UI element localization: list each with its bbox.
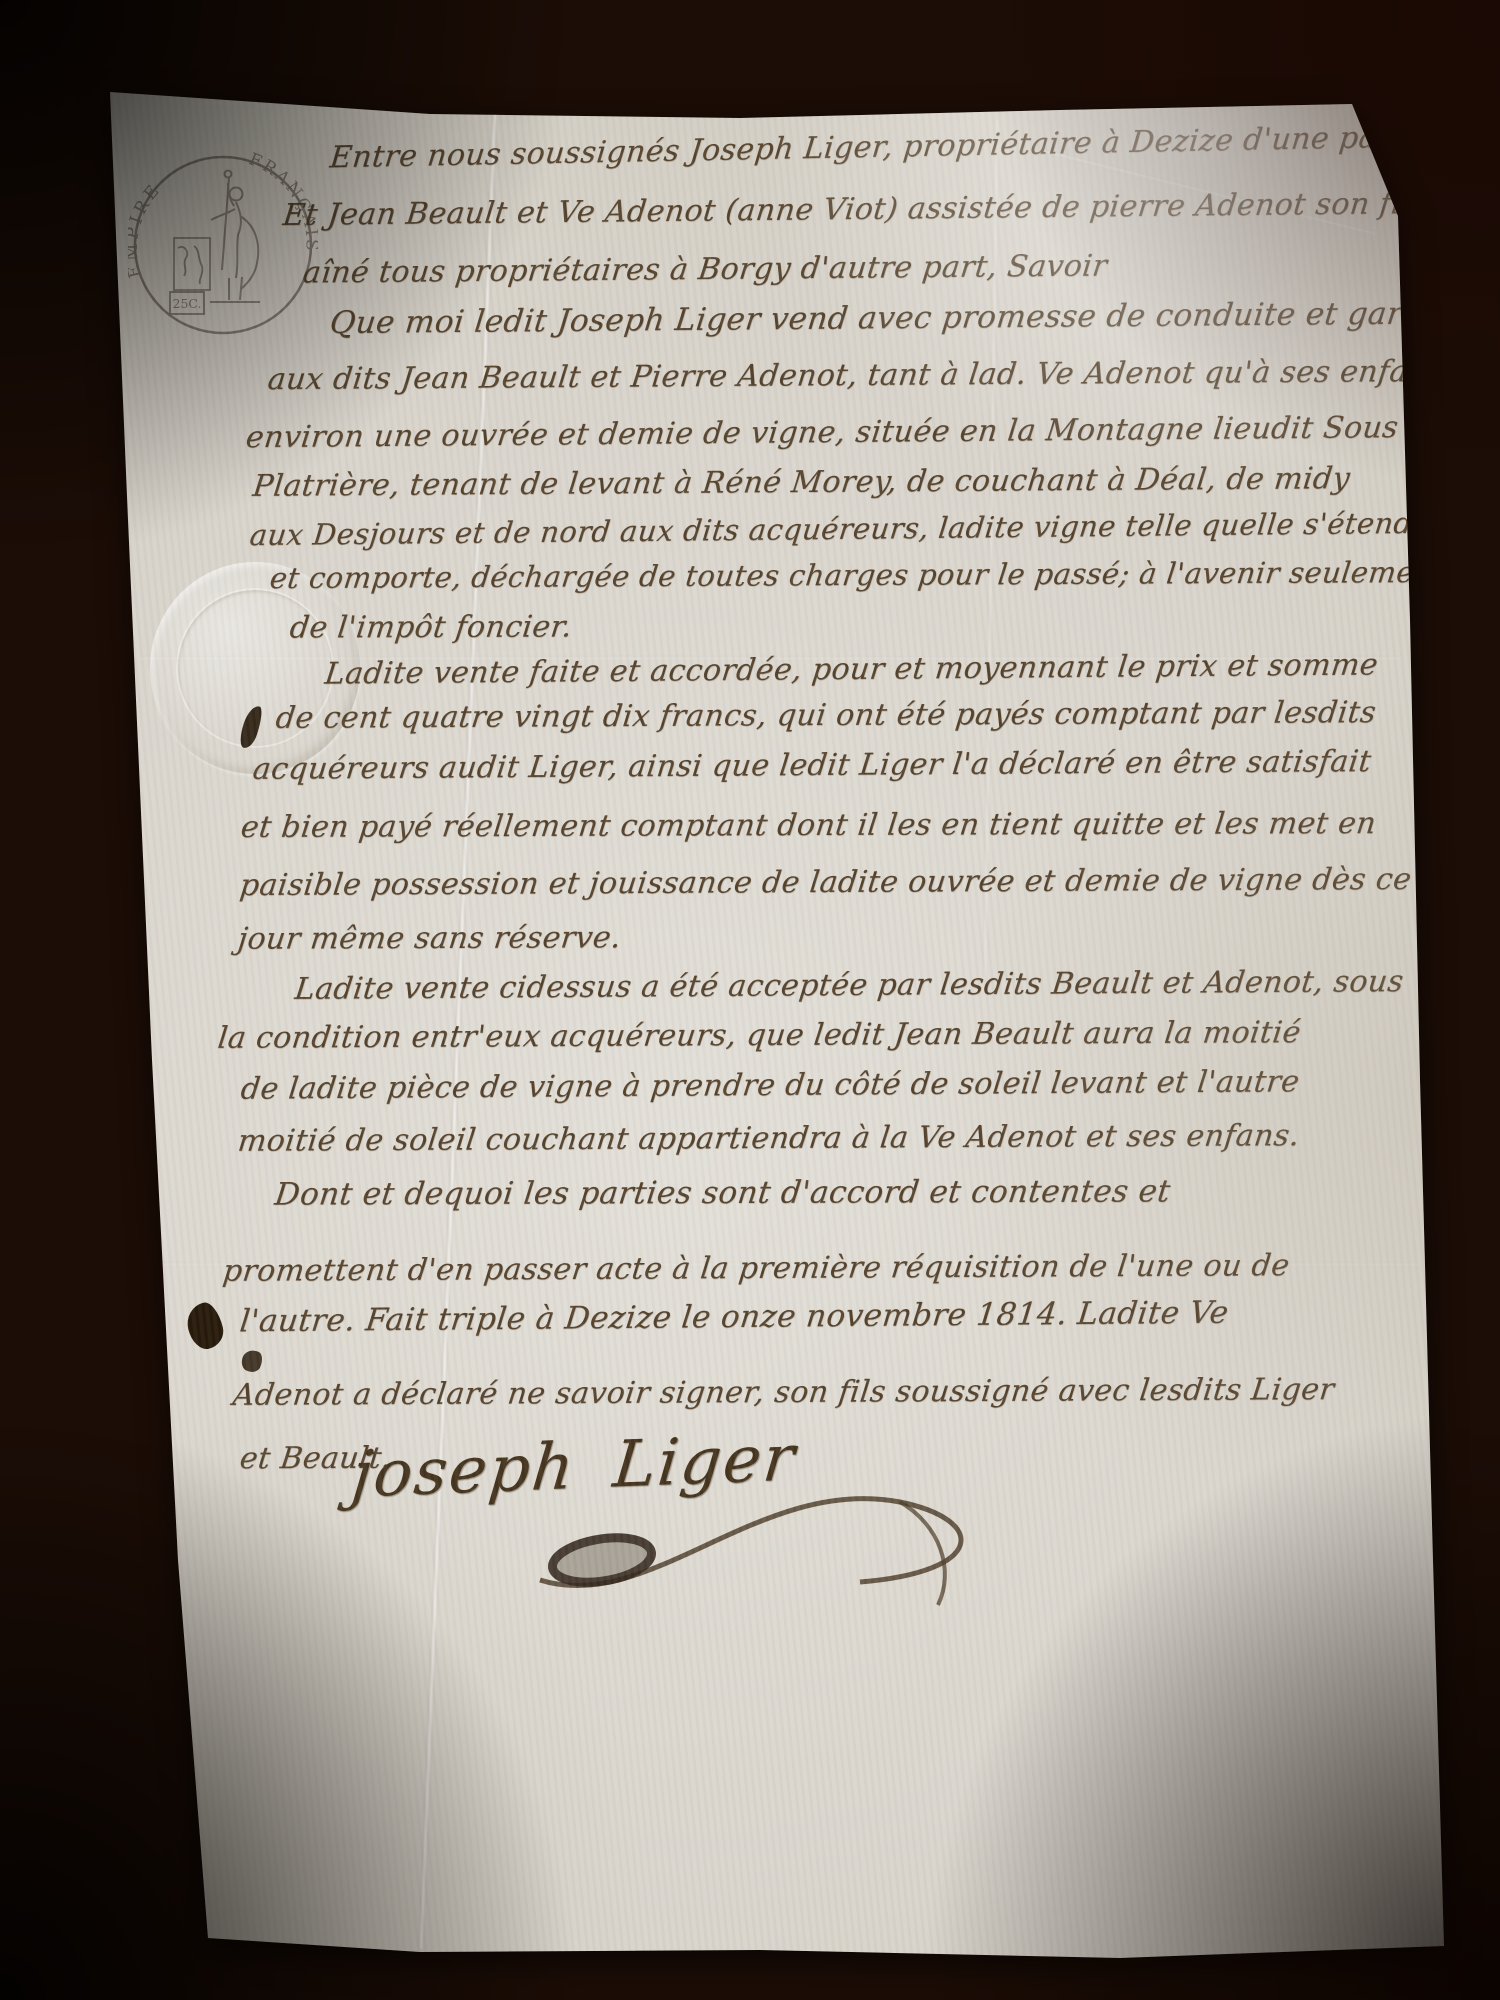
empire-francais-revenue-stamp: EMPIRE FRANÇAIS: [128, 150, 318, 340]
stamp-shield-plinth: [174, 238, 210, 290]
manuscript-line: paisible possession et jouissance de lad…: [238, 862, 1413, 903]
manuscript-line: de l'impôt foncier.: [288, 610, 574, 646]
manuscript-line: Adenot a déclaré ne savoir signer, son f…: [231, 1372, 1336, 1413]
manuscript-line: acquéreurs audit Liger, ainsi que ledit …: [251, 744, 1373, 787]
ink-blot: [238, 1347, 265, 1375]
standing-figure-illustration: [210, 171, 260, 303]
stamp-denomination-text: 25C.: [173, 296, 202, 311]
manuscript-paper-sheet: EMPIRE FRANÇAIS: [0, 0, 1500, 2000]
manuscript-line: et comporte, déchargée de toutes charges…: [268, 555, 1447, 595]
manuscript-line: promettent d'en passer acte à la premièr…: [221, 1248, 1292, 1289]
photographed-manuscript: EMPIRE FRANÇAIS: [0, 0, 1500, 2000]
manuscript-line: aux Desjours et de nord aux dits acquére…: [248, 506, 1414, 552]
manuscript-line: l'autre. Fait triple à Dezize le onze no…: [238, 1295, 1231, 1340]
manuscript-line: Ladite vente cidessus a été acceptée par…: [293, 964, 1406, 1007]
manuscript-line: Entre nous soussignés Joseph Liger, prop…: [328, 120, 1406, 176]
manuscript-line: Dont et dequoi les parties sont d'accord…: [273, 1173, 1173, 1212]
stamp-denomination-box: 25C.: [170, 292, 204, 314]
manuscript-line: la condition entr'eux acquéreurs, que le…: [216, 1015, 1303, 1056]
manuscript-line: Platrière, tenant de levant à Réné Morey…: [251, 461, 1352, 504]
manuscript-line: moitié de soleil couchant appartiendra à…: [236, 1118, 1302, 1159]
manuscript-line: Et Jean Beault et Ve Adenot (anne Viot) …: [281, 186, 1429, 233]
manuscript-line: jour même sans réserve.: [236, 920, 623, 956]
manuscript-line: environ une ouvrée et demie de vigne, si…: [244, 410, 1438, 455]
ink-blot: [183, 1300, 227, 1353]
stamp-arc-text-left: EMPIRE: [128, 179, 166, 280]
signature-flourish: [340, 1430, 1020, 1640]
manuscript-line: de cent quatre vingt dix francs, qui ont…: [274, 695, 1378, 736]
manuscript-line: de ladite pièce de vigne à prendre du cô…: [239, 1064, 1301, 1106]
manuscript-line: aîné tous propriétaires à Borgy d'autre …: [301, 248, 1109, 290]
svg-text:EMPIRE: EMPIRE: [128, 179, 166, 280]
manuscript-line: Ladite vente faite et accordée, pour et …: [323, 647, 1380, 691]
manuscript-line: aux dits Jean Beault et Pierre Adenot, t…: [266, 354, 1455, 397]
manuscript-line: Que moi ledit Joseph Liger vend avec pro…: [328, 295, 1485, 341]
manuscript-line: et bien payé réellement comptant dont il…: [239, 806, 1378, 845]
